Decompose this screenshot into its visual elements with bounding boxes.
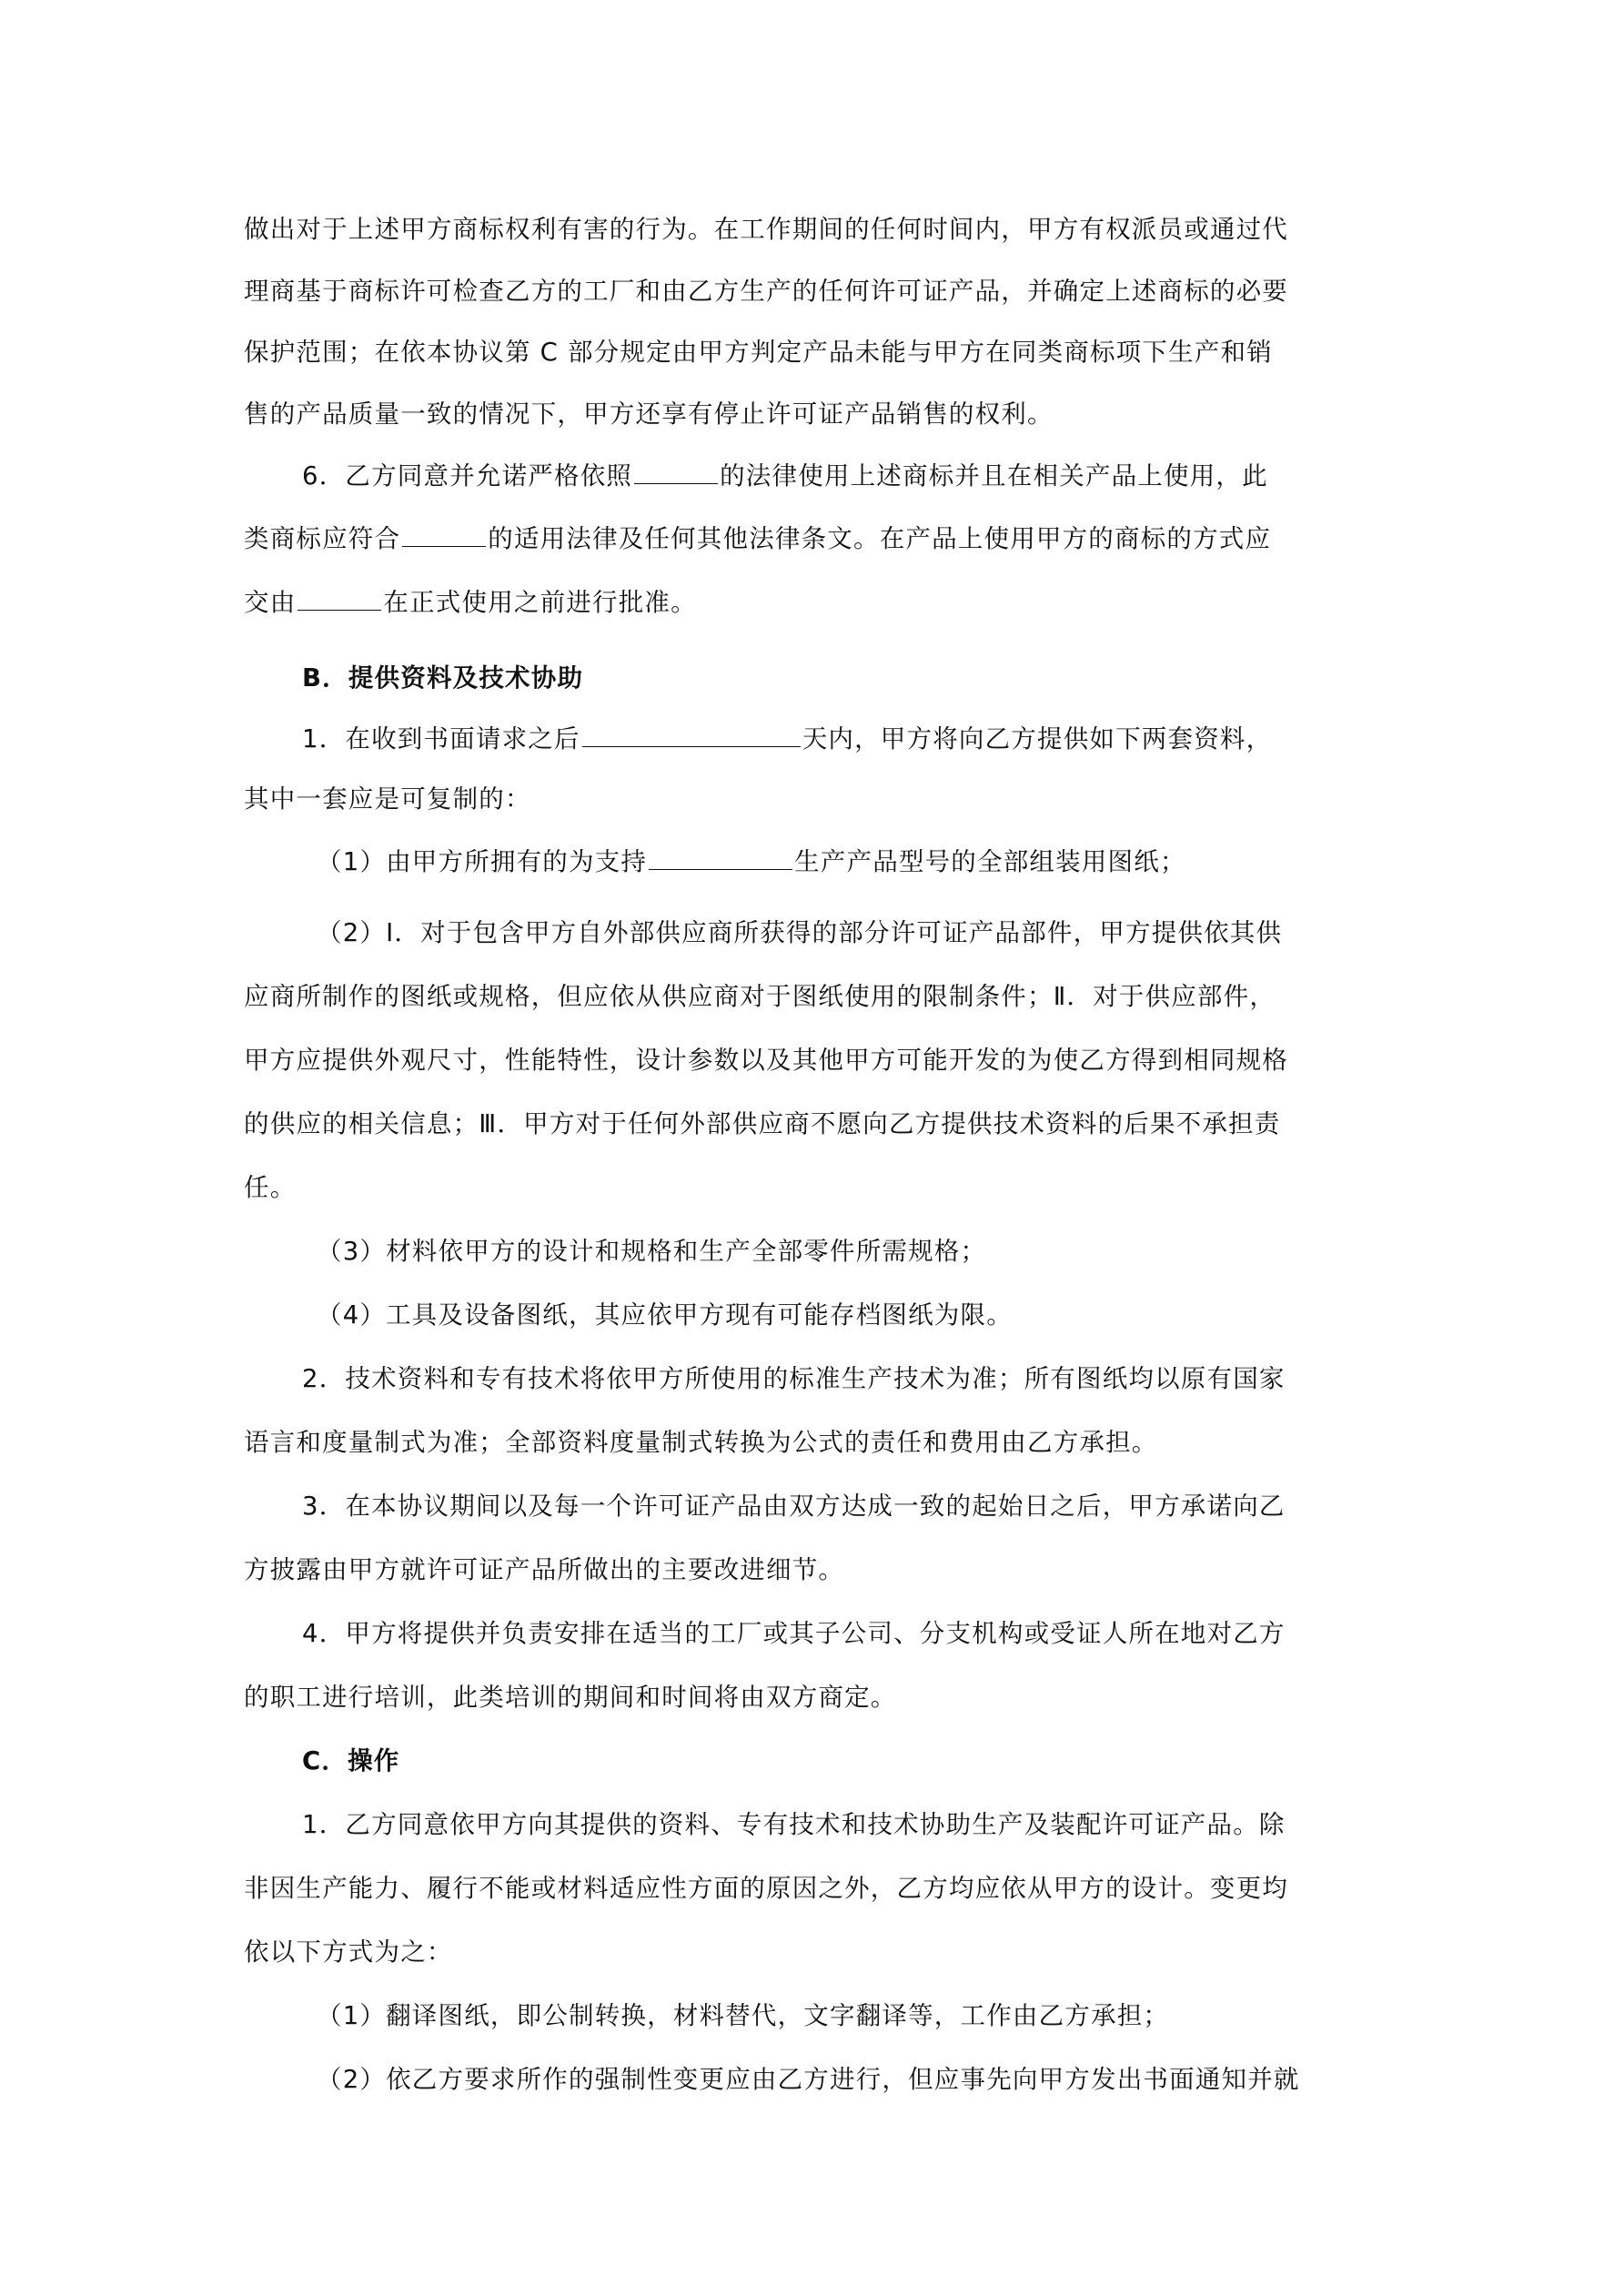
- clause-text: 的适用法律及任何其他法律条文。在产品上使用甲方的商标的方式应: [488, 524, 1271, 553]
- paragraph-line: 方披露由甲方就许可证产品所做出的主要改进细节。: [244, 1552, 844, 1588]
- paragraph-line: （2）Ⅰ．对于包含甲方自外部供应商所获得的部分许可证产品部件，甲方提供依其供: [317, 915, 1282, 951]
- paragraph-line: （2）依乙方要求所作的强制性变更应由乙方进行，但应事先向甲方发出书面通知并就: [317, 2061, 1300, 2098]
- clause-a6-line2: 类商标应符合的适用法律及任何其他法律条文。在产品上使用甲方的商标的方式应: [244, 521, 1271, 557]
- clause-text: （1）由甲方所拥有的为支持: [317, 847, 647, 876]
- paragraph-line: 1．乙方同意依甲方向其提供的资料、专有技术和技术协助生产及装配许可证产品。除: [302, 1806, 1286, 1843]
- paragraph-line: 语言和度量制式为准；全部资料度量制式转换为公式的责任和费用由乙方承担。: [244, 1424, 1158, 1461]
- fill-in-blank: [582, 721, 801, 747]
- paragraph-line: 售的产品质量一致的情况下，甲方还享有停止许可证产品销售的权利。: [244, 396, 1054, 432]
- section-heading-c: C．操作: [302, 1743, 399, 1779]
- paragraph-line: 非因生产能力、履行不能或材料适应性方面的原因之外，乙方均应依从甲方的设计。变更均: [244, 1870, 1288, 1907]
- clause-b1-item1: （1）由甲方所拥有的为支持生产产品型号的全部组装用图纸；: [317, 844, 1186, 880]
- paragraph-line: 甲方应提供外观尺寸，性能特性，设计参数以及其他甲方可能开发的为使乙方得到相同规格: [244, 1042, 1288, 1078]
- paragraph-line: 的职工进行培训，此类培训的期间和时间将由双方商定。: [244, 1679, 897, 1715]
- clause-a6-line1: 6．乙方同意并允诺严格依照的法律使用上述商标并且在相关产品上使用，此: [302, 458, 1268, 494]
- paragraph-line: （4）工具及设备图纸，其应依甲方现有可能存档图纸为限。: [317, 1297, 1013, 1333]
- paragraph-line: 任。: [244, 1169, 296, 1206]
- fill-in-blank: [298, 584, 381, 611]
- section-heading-b: B．提供资料及技术协助: [302, 660, 583, 696]
- clause-a6-line3: 交由在正式使用之前进行批准。: [244, 584, 697, 621]
- paragraph-line: 2．技术资料和专有技术将依甲方所使用的标准生产技术为准；所有图纸均以原有国家: [302, 1360, 1286, 1397]
- fill-in-blank: [402, 521, 486, 547]
- paragraph-line: 4．甲方将提供并负责安排在适当的工厂或其子公司、分支机构或受证人所在地对乙方: [302, 1615, 1286, 1652]
- paragraph-line: 其中一套应是可复制的：: [244, 781, 531, 817]
- clause-text: 在正式使用之前进行批准。: [383, 588, 696, 617]
- paragraph-line: （1）翻译图纸，即公制转换，材料替代，文字翻译等，工作由乙方承担；: [317, 1998, 1169, 2034]
- paragraph-line: 3．在本协议期间以及每一个许可证产品由双方达成一致的起始日之后，甲方承诺向乙: [302, 1488, 1286, 1524]
- paragraph-line: 的供应的相关信息；Ⅲ．甲方对于任何外部供应商不愿向乙方提供技术资料的后果不承担责: [244, 1106, 1280, 1142]
- fill-in-blank: [634, 458, 718, 484]
- clause-text: 6．乙方同意并允诺严格依照: [302, 461, 632, 491]
- clause-text: 1．在收到书面请求之后: [302, 724, 580, 754]
- clause-text: 天内，甲方将向乙方提供如下两套资料，: [802, 724, 1273, 754]
- paragraph-line: 理商基于商标许可检查乙方的工厂和由乙方生产的任何许可证产品，并确定上述商标的必要: [244, 273, 1288, 309]
- clause-b1-line1: 1．在收到书面请求之后天内，甲方将向乙方提供如下两套资料，: [302, 721, 1272, 757]
- fill-in-blank: [649, 844, 792, 870]
- paragraph-line: 依以下方式为之：: [244, 1934, 453, 1970]
- clause-text: 生产产品型号的全部组装用图纸；: [794, 847, 1186, 876]
- paragraph-line: 做出对于上述甲方商标权利有害的行为。在工作期间的任何时间内，甲方有权派员或通过代: [244, 211, 1288, 248]
- paragraph-line: 应商所制作的图纸或规格，但应依从供应商对于图纸使用的限制条件；Ⅱ．对于供应部件，: [244, 978, 1276, 1015]
- clause-text: 的法律使用上述商标并且在相关产品上使用，此: [720, 461, 1268, 491]
- paragraph-line: （3）材料依甲方的设计和规格和生产全部零件所需规格；: [317, 1233, 986, 1269]
- paragraph-line: 保护范围；在依本协议第 C 部分规定由甲方判定产品未能与甲方在同类商标项下生产和…: [244, 334, 1273, 370]
- clause-text: 交由: [244, 588, 296, 617]
- clause-text: 类商标应符合: [244, 524, 400, 553]
